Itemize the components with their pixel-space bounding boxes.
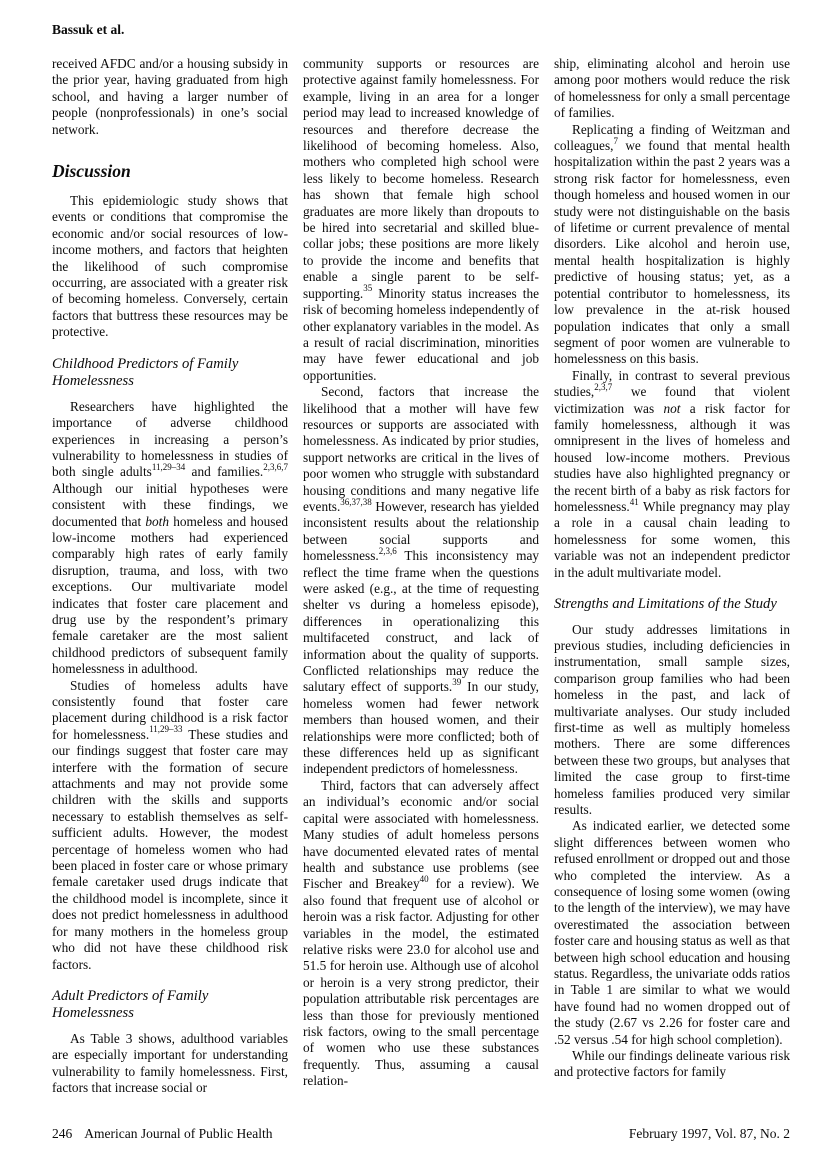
reference-superscript: 2,3,7 xyxy=(594,382,612,392)
reference-superscript: 36,37,38 xyxy=(340,497,372,507)
reference-superscript: 11,29–33 xyxy=(149,724,182,734)
paragraph: As Table 3 shows, adulthood variables ar… xyxy=(52,1031,288,1097)
emphasized-text: not xyxy=(663,401,680,416)
reference-superscript: 2,3,6 xyxy=(379,546,397,556)
paragraph: Finally, in contrast to several previous… xyxy=(554,368,790,581)
running-head-author: Bassuk et al. xyxy=(52,22,124,38)
reference-superscript: 40 xyxy=(420,874,429,884)
column-2: community supports or resources are prot… xyxy=(303,56,539,1097)
paragraph: This epidemiologic study shows that even… xyxy=(52,193,288,341)
journal-name: American Journal of Public Health xyxy=(84,1126,272,1141)
page-number: 246 xyxy=(52,1126,72,1141)
paragraph: received AFDC and/or a housing subsidy i… xyxy=(52,56,288,138)
page: Bassuk et al. received AFDC and/or a hou… xyxy=(0,0,816,1159)
reference-superscript: 39 xyxy=(452,677,461,687)
section-heading: Discussion xyxy=(52,161,288,181)
paragraph: ship, eliminating alcohol and heroin use… xyxy=(554,56,790,122)
paragraph: Third, factors that can adversely affect… xyxy=(303,778,539,1090)
column-3: ship, eliminating alcohol and heroin use… xyxy=(554,56,790,1097)
paragraph: Our study addresses limitations in previ… xyxy=(554,622,790,819)
subsection-heading: Adult Predictors of Family Homelessness xyxy=(52,988,288,1023)
reference-superscript: 11,29–34 xyxy=(152,462,185,472)
subsection-heading: Childhood Predictors of Family Homelessn… xyxy=(52,356,288,391)
emphasized-text: both xyxy=(145,514,169,529)
subsection-heading: Strengths and Limitations of the Study xyxy=(554,596,790,614)
reference-superscript: 2,3,6,7 xyxy=(263,462,288,472)
article-body: received AFDC and/or a housing subsidy i… xyxy=(52,56,790,1097)
paragraph: Studies of homeless adults have consiste… xyxy=(52,678,288,973)
column-1: received AFDC and/or a housing subsidy i… xyxy=(52,56,288,1097)
footer-left: 246American Journal of Public Health xyxy=(52,1126,272,1142)
paragraph: Second, factors that increase the likeli… xyxy=(303,384,539,778)
paragraph: community supports or resources are prot… xyxy=(303,56,539,384)
reference-superscript: 7 xyxy=(613,136,618,146)
issue-info: February 1997, Vol. 87, No. 2 xyxy=(629,1126,790,1142)
paragraph: Researchers have highlighted the importa… xyxy=(52,399,288,678)
reference-superscript: 41 xyxy=(630,497,639,507)
page-footer: 246American Journal of Public Health Feb… xyxy=(52,1126,790,1142)
paragraph: As indicated earlier, we detected some s… xyxy=(554,818,790,1048)
reference-superscript: 35 xyxy=(363,283,372,293)
paragraph: Replicating a finding of Weitzman and co… xyxy=(554,122,790,368)
paragraph: While our findings delineate various ris… xyxy=(554,1048,790,1081)
